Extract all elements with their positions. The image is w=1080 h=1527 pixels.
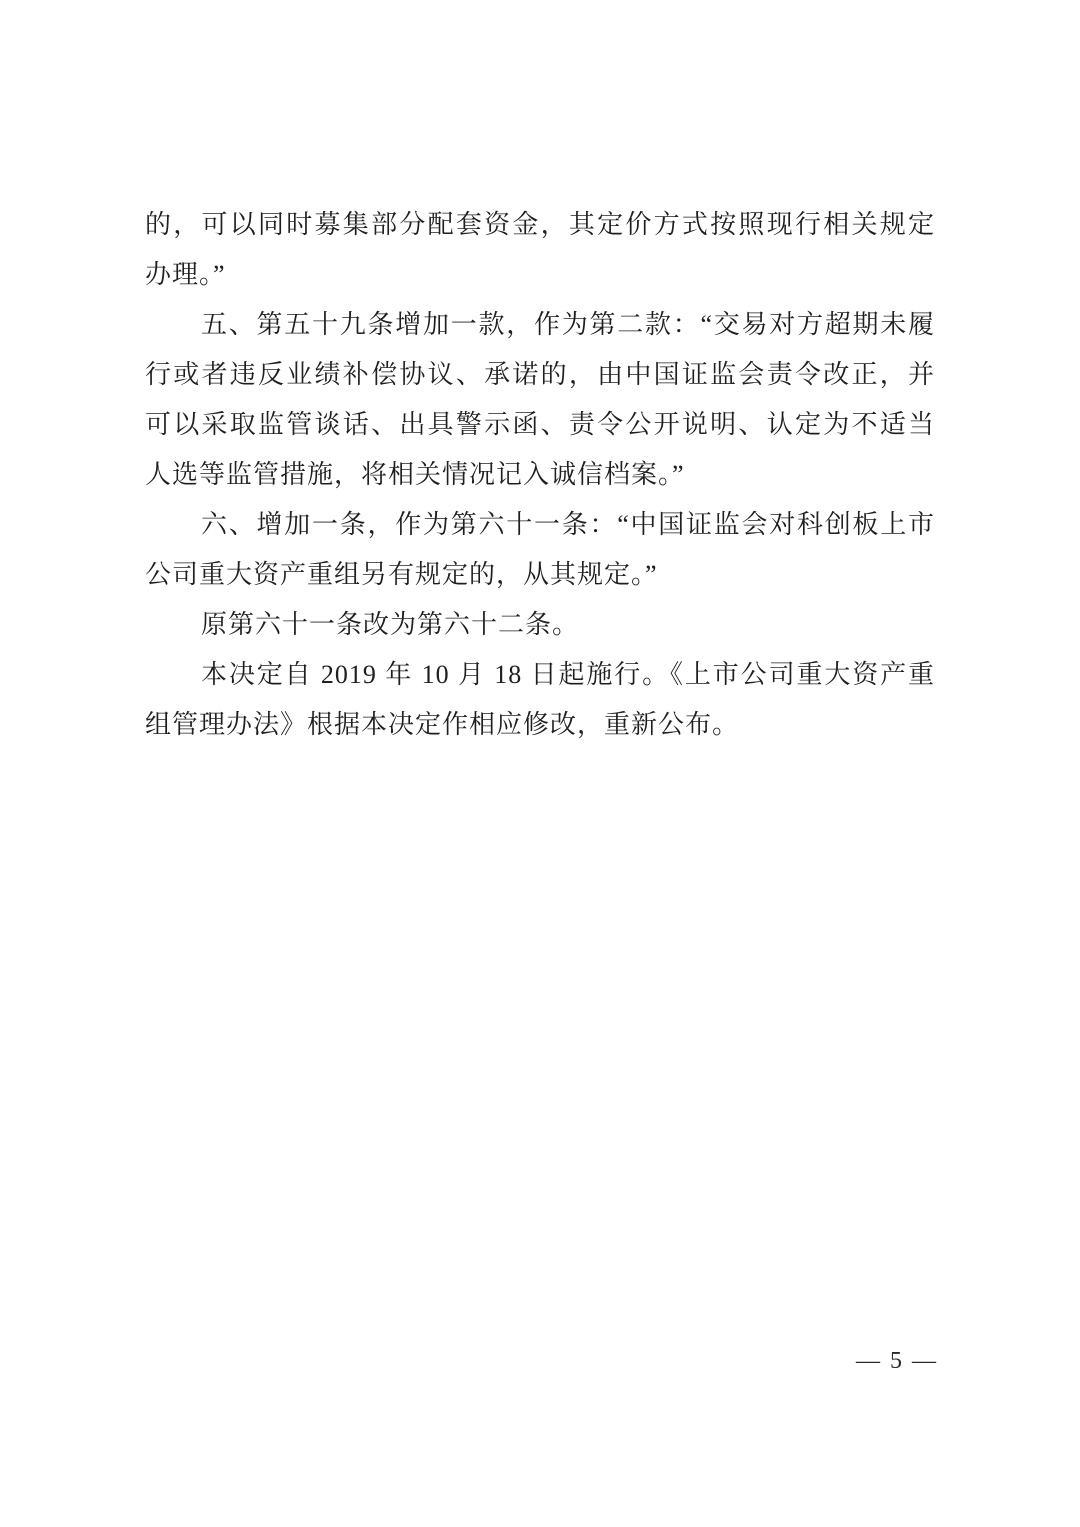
text-line: 公司重大资产重组另有规定的，从其规定。” bbox=[145, 550, 935, 600]
text-line: 办理。” bbox=[145, 250, 935, 300]
text-line: 可以采取监管谈话、出具警示函、责令公开说明、认定为不适当 bbox=[145, 400, 935, 450]
document-page: 的，可以同时募集部分配套资金，其定价方式按照现行相关规定 办理。” 五、第五十九… bbox=[0, 0, 1080, 1527]
text-line: 人选等监管措施，将相关情况记入诚信档案。” bbox=[145, 450, 935, 500]
text-line: 六、增加一条，作为第六十一条：“中国证监会对科创板上市 bbox=[145, 500, 935, 550]
text-line: 原第六十一条改为第六十二条。 bbox=[145, 600, 935, 650]
page-number: — 5 — bbox=[856, 1346, 938, 1376]
text-line: 组管理办法》根据本决定作相应修改，重新公布。 bbox=[145, 700, 935, 750]
text-line: 五、第五十九条增加一款，作为第二款：“交易对方超期未履 bbox=[145, 300, 935, 350]
text-line: 本决定自 2019 年 10 月 18 日起施行。《上市公司重大资产重 bbox=[145, 650, 935, 700]
body-text-block: 的，可以同时募集部分配套资金，其定价方式按照现行相关规定 办理。” 五、第五十九… bbox=[145, 200, 935, 750]
text-line: 行或者违反业绩补偿协议、承诺的，由中国证监会责令改正，并 bbox=[145, 350, 935, 400]
text-line: 的，可以同时募集部分配套资金，其定价方式按照现行相关规定 bbox=[145, 200, 935, 250]
